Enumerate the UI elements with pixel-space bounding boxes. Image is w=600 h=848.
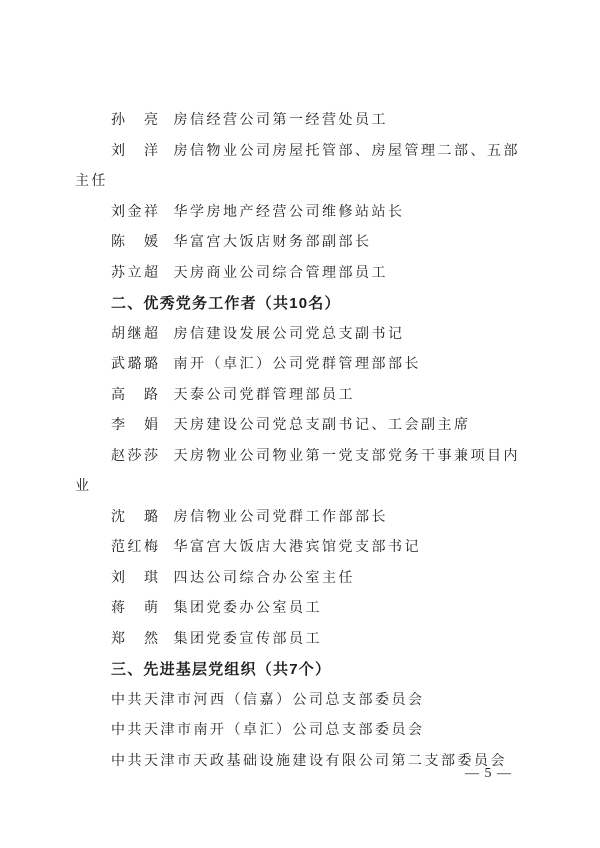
org-item: 中共天津市天政基础设施建设有限公司第二支部委员会 — [75, 747, 531, 778]
awardee-title: 天泰公司党群管理部员工 — [174, 388, 356, 403]
award-entry: 武璐璐南开（卓汇）公司党群管理部部长 — [75, 350, 531, 381]
award-entry: 赵莎莎天房物业公司物业第一党支部党务干事兼项目内业 — [75, 442, 531, 503]
award-entry: 孙 亮房信经营公司第一经营处员工 — [75, 106, 531, 137]
awardee-name: 郑 然 — [111, 632, 161, 647]
awardee-title: 集团党委宣传部员工 — [174, 632, 323, 647]
award-entry: 李 娟天房建设公司党总支副书记、工会副主席 — [75, 411, 531, 442]
award-entry: 刘 琪四达公司综合办公室主任 — [75, 564, 531, 595]
award-entry: 高 路天泰公司党群管理部员工 — [75, 381, 531, 412]
awardee-title: 华富宫大饭店大港宾馆党支部书记 — [174, 540, 422, 555]
award-entry: 刘金祥华学房地产经营公司维修站站长 — [75, 198, 531, 229]
award-entry: 沈 璐房信物业公司党群工作部部长 — [75, 503, 531, 534]
award-entry: 刘 洋房信物业公司房屋托管部、房屋管理二部、五部主任 — [75, 137, 531, 198]
award-entry: 范红梅华富宫大饭店大港宾馆党支部书记 — [75, 533, 531, 564]
awardee-name: 苏立超 — [111, 266, 161, 281]
section-heading-party-workers: 二、优秀党务工作者（共10名） — [75, 289, 531, 320]
document-page: 孙 亮房信经营公司第一经营处员工 刘 洋房信物业公司房屋托管部、房屋管理二部、五… — [0, 0, 600, 848]
awardee-name: 李 娟 — [111, 418, 161, 433]
award-entry: 胡继超房信建设发展公司党总支副书记 — [75, 320, 531, 351]
awardee-name: 陈 媛 — [111, 235, 161, 250]
award-entry: 蒋 萌集团党委办公室员工 — [75, 594, 531, 625]
org-item: 中共天津市河西（信嘉）公司总支部委员会 — [75, 686, 531, 717]
award-entry: 陈 媛华富宫大饭店财务部副部长 — [75, 228, 531, 259]
org-item: 中共天津市南开（卓汇）公司总支部委员会 — [75, 716, 531, 747]
awardee-name: 刘 洋 — [111, 144, 161, 159]
awardee-title: 华富宫大饭店财务部副部长 — [174, 235, 372, 250]
awardee-name: 刘 琪 — [111, 571, 161, 586]
awardee-title: 四达公司综合办公室主任 — [174, 571, 356, 586]
awardee-name: 赵莎莎 — [111, 449, 161, 464]
awardee-name: 胡继超 — [111, 327, 161, 342]
awardee-name: 沈 璐 — [111, 510, 161, 525]
section-heading-grassroots-orgs: 三、先进基层党组织（共7个） — [75, 655, 531, 686]
awardee-title: 南开（卓汇）公司党群管理部部长 — [174, 357, 422, 372]
awardee-name: 刘金祥 — [111, 205, 161, 220]
awardee-title: 房信物业公司党群工作部部长 — [174, 510, 389, 525]
awardee-title: 天房建设公司党总支副书记、工会副主席 — [174, 418, 471, 433]
awardee-name: 范红梅 — [111, 540, 161, 555]
awardee-name: 蒋 萌 — [111, 601, 161, 616]
award-entry: 郑 然集团党委宣传部员工 — [75, 625, 531, 656]
awardee-title: 天房商业公司综合管理部员工 — [174, 266, 389, 281]
awardee-title: 房信经营公司第一经营处员工 — [174, 113, 389, 128]
awardee-title: 房信建设发展公司党总支副书记 — [174, 327, 405, 342]
page-number: — 5 — — [465, 766, 512, 782]
awardee-name: 高 路 — [111, 388, 161, 403]
document-content: 孙 亮房信经营公司第一经营处员工 刘 洋房信物业公司房屋托管部、房屋管理二部、五… — [75, 106, 531, 777]
awardee-title: 华学房地产经营公司维修站站长 — [174, 205, 405, 220]
awardee-title: 集团党委办公室员工 — [174, 601, 323, 616]
award-entry: 苏立超天房商业公司综合管理部员工 — [75, 259, 531, 290]
awardee-name: 孙 亮 — [111, 113, 161, 128]
awardee-name: 武璐璐 — [111, 357, 161, 372]
